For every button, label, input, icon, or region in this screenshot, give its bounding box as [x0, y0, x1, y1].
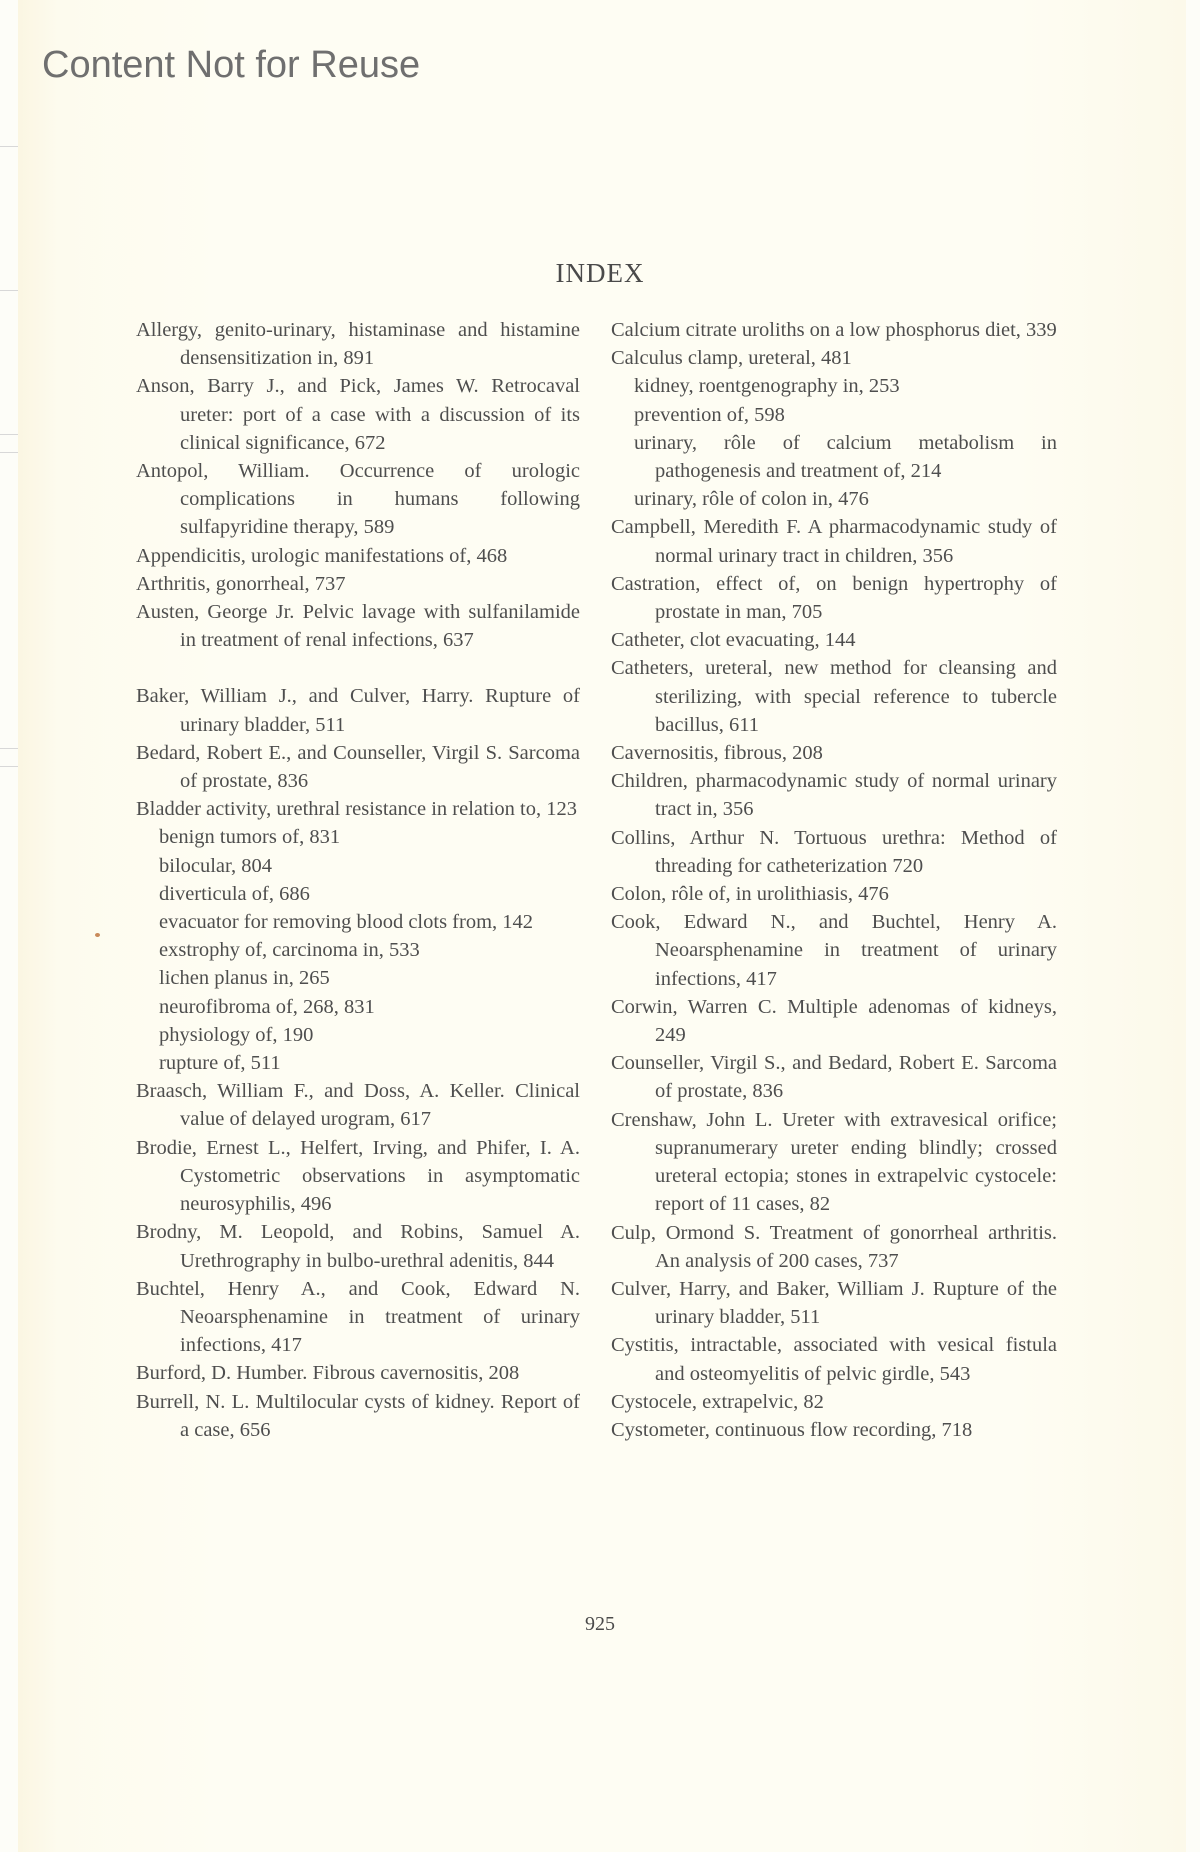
index-entry: Catheter, clot evacuating, 144 [611, 626, 1057, 654]
index-subentry: lichen planus in, 265 [136, 964, 580, 992]
index-entry: Baker, William J., and Culver, Harry. Ru… [136, 682, 580, 738]
index-entry: Arthritis, gonorrheal, 737 [136, 570, 580, 598]
index-entry: Austen, George Jr. Pelvic lavage with su… [136, 598, 580, 654]
index-subentry: urinary, rôle of calcium metabolism in p… [611, 429, 1057, 485]
page-edge-mark [0, 766, 18, 767]
index-subentry: rupture of, 511 [136, 1049, 580, 1077]
index-entry: Colon, rôle of, in urolithiasis, 476 [611, 880, 1057, 908]
index-entry: Cystitis, intractable, associated with v… [611, 1331, 1057, 1387]
index-column-right: Calcium citrate uroliths on a low phosph… [611, 316, 1057, 1444]
index-entry: Appendicitis, urologic manifestations of… [136, 542, 580, 570]
index-entry: Counseller, Virgil S., and Bedard, Rober… [611, 1049, 1057, 1105]
page-number: 925 [0, 1613, 1200, 1636]
index-entry: Allergy, genito-urinary, histaminase and… [136, 316, 580, 372]
index-subentry: physiology of, 190 [136, 1021, 580, 1049]
page-edge-mark [0, 434, 18, 435]
index-subentry: exstrophy of, carcinoma in, 533 [136, 936, 580, 964]
index-subentry: bilocular, 804 [136, 852, 580, 880]
index-subentry: evacuator for removing blood clots from,… [136, 908, 580, 936]
index-entry: Crenshaw, John L. Ureter with extravesic… [611, 1106, 1057, 1219]
index-entry: Collins, Arthur N. Tortuous urethra: Met… [611, 824, 1057, 880]
index-subentry: prevention of, 598 [611, 401, 1057, 429]
index-entry: Brodie, Ernest L., Helfert, Irving, and … [136, 1134, 580, 1219]
watermark: Content Not for Reuse [42, 44, 420, 87]
index-entry: Cook, Edward N., and Buchtel, Henry A. N… [611, 908, 1057, 993]
page-title: INDEX [0, 258, 1200, 289]
index-entry: Anson, Barry J., and Pick, James W. Retr… [136, 372, 580, 457]
index-entry: Burrell, N. L. Multilocular cysts of kid… [136, 1388, 580, 1444]
index-entry: Castration, effect of, on benign hypertr… [611, 570, 1057, 626]
index-entry: Antopol, William. Occurrence of urologic… [136, 457, 580, 542]
index-entry: Burford, D. Humber. Fibrous cavernositis… [136, 1359, 580, 1387]
index-entry: Calculus clamp, ureteral, 481 [611, 344, 1057, 372]
index-subentry: benign tumors of, 831 [136, 823, 580, 851]
index-entry: Braasch, William F., and Doss, A. Keller… [136, 1077, 580, 1133]
index-entry: Brodny, M. Leopold, and Robins, Samuel A… [136, 1218, 580, 1274]
page-edge-mark [0, 146, 18, 147]
page-edge-mark [0, 748, 18, 749]
index-entry: Buchtel, Henry A., and Cook, Edward N. N… [136, 1275, 580, 1360]
index-entry: Corwin, Warren C. Multiple adenomas of k… [611, 993, 1057, 1049]
index-subentry: neurofibroma of, 268, 831 [136, 993, 580, 1021]
index-entry: Bedard, Robert E., and Counseller, Virgi… [136, 739, 580, 795]
index-subentry: diverticula of, 686 [136, 880, 580, 908]
paper-speck [95, 933, 100, 937]
page-edge-mark [0, 452, 18, 453]
index-entry: Cavernositis, fibrous, 208 [611, 739, 1057, 767]
index-entry: Cystocele, extrapelvic, 82 [611, 1388, 1057, 1416]
index-subentry: kidney, roentgenography in, 253 [611, 372, 1057, 400]
index-entry: Culp, Ormond S. Treatment of gonorrheal … [611, 1219, 1057, 1275]
index-column-left: Allergy, genito-urinary, histaminase and… [136, 316, 580, 1444]
index-entry: Cystometer, continuous flow recording, 7… [611, 1416, 1057, 1444]
index-entry: Culver, Harry, and Baker, William J. Rup… [611, 1275, 1057, 1331]
index-subentry: urinary, rôle of colon in, 476 [611, 485, 1057, 513]
index-entry: Catheters, ureteral, new method for clea… [611, 654, 1057, 739]
index-entry: Bladder activity, urethral resistance in… [136, 795, 580, 823]
index-entry: Campbell, Meredith F. A pharmacodynamic … [611, 513, 1057, 569]
page-edge-mark [0, 290, 18, 291]
index-entry: Children, pharmacodynamic study of norma… [611, 767, 1057, 823]
index-entry: Calcium citrate uroliths on a low phosph… [611, 316, 1057, 344]
